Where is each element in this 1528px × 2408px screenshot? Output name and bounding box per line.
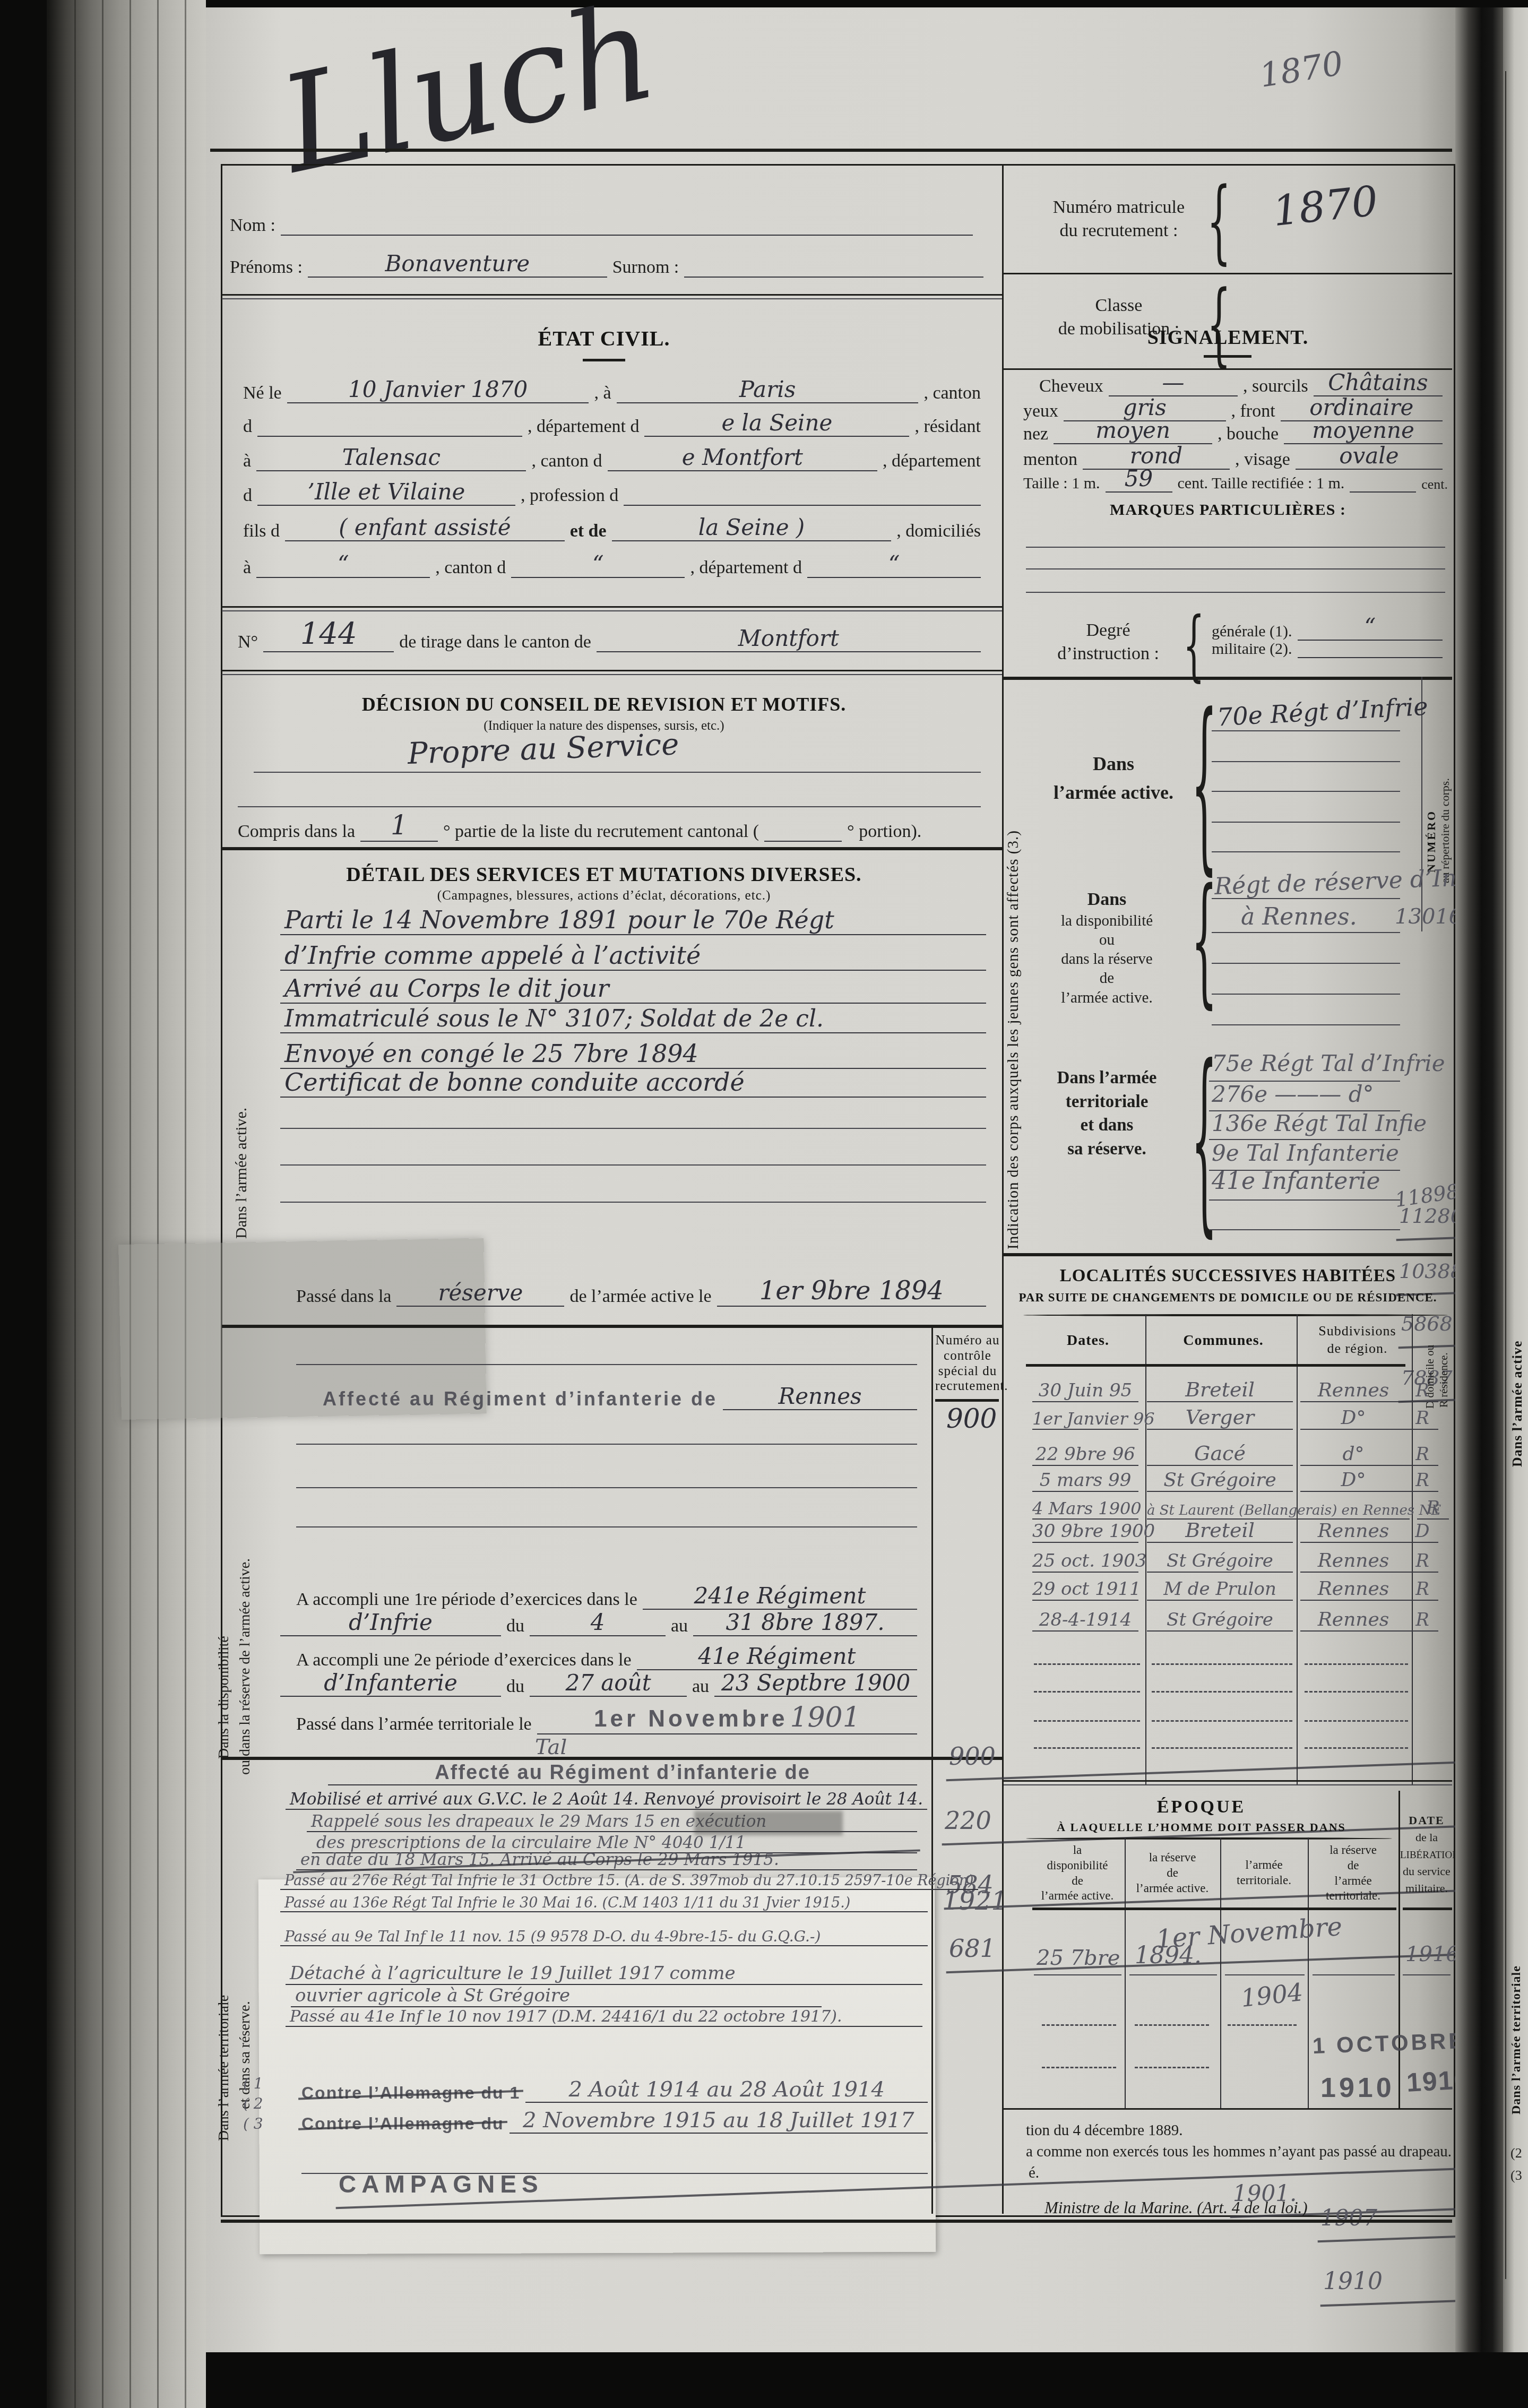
loc-subdiv: Rennes [1300, 1520, 1406, 1543]
terr-text: Détaché à l’agriculture le 19 Juillet 19… [286, 1963, 922, 1985]
lbl: Dans l’armée [1057, 1068, 1157, 1088]
taille-label: Taille : 1 m. [1023, 474, 1100, 493]
p2-value: 41e Régiment [637, 1643, 917, 1670]
campagne2-stamp: Contre l’Allemagne du [301, 2114, 504, 2134]
footnote-4: Ministre de la Marine. (Art. 4 de la loi… [1044, 2198, 1308, 2217]
empty-row-line [1034, 1747, 1140, 1749]
loc-date: 1er Janvier 96 [1032, 1409, 1138, 1430]
loc-commune: Gacé [1147, 1442, 1293, 1466]
militaire-value [1298, 657, 1443, 658]
epoque-col4-header: la réservedel’arméeterritoriale. [1310, 1843, 1396, 1904]
loc-dr: R [1406, 1550, 1438, 1573]
tirage-number: 144 [263, 617, 394, 652]
corps-dispo-num: 13016 [1395, 904, 1462, 929]
corps-dispo-label: Dans la disponibilité ou dans la réserve… [1034, 888, 1180, 1007]
empty-row-line [1034, 1720, 1140, 1722]
localite-row: 28-4-1914 St Grégoire Rennes R [1032, 1609, 1452, 1632]
terr-side-label-1: Dans l’armée territoriale [215, 1791, 232, 2141]
pencil-corner-year: 1870 [1257, 44, 1345, 95]
compris-num: 1 [360, 810, 438, 842]
p1-label: A accompli une 1re période d’exercices d… [296, 1590, 637, 1610]
periode2-row2: d’Infanterie du 27 août au 23 Septbre 19… [280, 1670, 917, 1697]
epoque-col1-header: ladisponibilitédel’armée active. [1032, 1843, 1123, 1904]
epoque-col5-header: DATEde laLIBÉRATIONdu servicemilitaire. [1400, 1812, 1453, 1896]
etat-civil-line1: Né le 10 Janvier 1870 , à Paris , canton [243, 376, 981, 403]
terr-text: Passé au 9e Tal Inf le 11 nov. 15 (9 957… [280, 1928, 928, 1946]
mother-name: la Seine ) [612, 514, 892, 541]
lbl: l’armée active. [1136, 1881, 1209, 1895]
frame-bottom-heavy-rule [221, 2220, 1452, 2223]
taille-rect-line [1350, 491, 1416, 493]
rule [1004, 1780, 1452, 1782]
writing-line [1026, 568, 1445, 569]
writing-line [296, 1526, 917, 1527]
etat-civil-line5: fils d ( enfant assisté et de la Seine )… [243, 514, 981, 541]
terr-text: ouvrier agricole à St Grégoire [291, 1985, 822, 2007]
prenoms-value: Bonaventure [308, 251, 607, 278]
lbl: de région. [1327, 1341, 1388, 1356]
table-line [1125, 1837, 1126, 2108]
loc-commune: St Grégoire [1147, 1550, 1293, 1573]
departement3-label: , département d [690, 558, 802, 578]
lbl: militaire. [1405, 1881, 1448, 1895]
campagnes-marker: ( 1 [243, 2075, 263, 2092]
compris-end: ° portion). [847, 822, 921, 842]
ne-le-label: Né le [243, 383, 282, 403]
nez-value: moyen [1054, 417, 1212, 444]
corps-dispo-value-2: à Rennes. [1241, 903, 1357, 930]
sig-row-3: nez moyen , bouche moyenne [1023, 417, 1443, 444]
p2-to: 23 Septbre 1900 [714, 1670, 917, 1697]
service-line: Immatriculé sous le N° 3107; Soldat de 2… [280, 1005, 986, 1033]
birth-place: Paris [617, 376, 919, 403]
militaire-label: militaire (2). [1212, 640, 1292, 658]
empty-row-line [1152, 1691, 1292, 1693]
epoque-v2: 1894. [1135, 1942, 1202, 1969]
etat-civil-line2: d , département d e la Seine , résidant [243, 410, 981, 437]
terr-text: Passé au 136e Régt Tal Infrie le 30 Mai … [280, 1895, 928, 1912]
rule [1004, 677, 1452, 680]
a3-label: à [243, 558, 251, 578]
etat-civil-line4: d ’Ille et Vilaine , profession d [243, 479, 981, 506]
localite-row: 25 oct. 1903 St Grégoire Rennes R [1032, 1550, 1452, 1573]
service-line: Parti le 14 Novembre 1891 pour le 70e Ré… [280, 905, 986, 935]
reserve-date: 1er 9bre 1894 [717, 1276, 986, 1307]
localite-row: 1er Janvier 96 Verger D° R [1032, 1405, 1452, 1430]
loc-dr: R [1406, 1444, 1438, 1466]
rule [222, 674, 1002, 675]
services-side-label: Dans l’armée active. [232, 1016, 251, 1239]
lbl: territoriale. [1237, 1874, 1291, 1887]
loc-subdiv: Rennes [1300, 1550, 1406, 1573]
loc-dr: R [1406, 1578, 1438, 1601]
writing-line [296, 1487, 917, 1488]
loc-date: 29 oct 1911 [1032, 1578, 1138, 1601]
loc-commune: Verger [1147, 1405, 1293, 1430]
row-line [1034, 1974, 1121, 1975]
tirage-text: de tirage dans le canton de [399, 632, 591, 652]
lbl: de [1100, 970, 1114, 987]
next-page-edge-line [1505, 71, 1506, 2279]
writing-line [1212, 963, 1400, 964]
sig-row-taille: Taille : 1 m. 59 cent. Taille rectifiée … [1023, 465, 1448, 493]
lbl: de la [1415, 1831, 1438, 1844]
domicile-canton: “ [511, 551, 685, 578]
father-name: ( enfant assisté [285, 514, 565, 541]
residant-label: , résidant [914, 417, 981, 437]
domicile-commune: “ [256, 551, 430, 578]
corps-active-label: Dans l’armée active. [1044, 749, 1182, 807]
brace-icon: { [1207, 176, 1231, 267]
controle-header: Numéro au contrôle spécial du recrutemen… [935, 1333, 1000, 1394]
lbl: l’armée [1245, 1858, 1282, 1871]
birth-date: 10 Janvier 1870 [287, 376, 589, 403]
d2-label: d [243, 486, 252, 506]
loc-subdiv: d° [1300, 1443, 1406, 1466]
curly-rule [1023, 1314, 1448, 1316]
terr-line: Passé au 276e Régt Tal Infrie le 31 Octb… [280, 1872, 928, 1890]
lbl: de [1167, 1866, 1178, 1879]
terr-side-label-2: et dans sa réserve. [237, 1823, 254, 2109]
canton2-label: , canton d [531, 451, 602, 471]
localites-col-dates: Dates. [1032, 1332, 1144, 1349]
liberation-stamp-year: 1910 [1320, 2072, 1395, 2104]
next-page-fragment-1: (2 [1510, 2145, 1522, 2161]
row-line [1313, 1974, 1395, 1975]
compris-row: Compris dans la 1 ° partie de la liste d… [238, 810, 981, 842]
localites-title: LOCALITÉS SUCCESSIVES HABITÉES [1004, 1266, 1452, 1286]
loc-dr: R [1406, 1470, 1438, 1492]
affecte-stamp-2: Affecté au Régiment d’infanterie de [328, 1762, 917, 1785]
empty-row-line [1034, 1691, 1140, 1693]
taille-mid-label: cent. Taille rectifiée : 1 m. [1178, 474, 1345, 493]
lbl: de [1348, 1859, 1359, 1872]
signalement-title: SIGNALEMENT. [1004, 326, 1452, 349]
book-page-edges [47, 0, 206, 2408]
loc-commune: St Grégoire [1147, 1469, 1293, 1492]
terr-line: Passé au 41e Inf le 10 nov 1917 (D.M. 24… [286, 2007, 922, 2027]
writing-line [254, 772, 981, 773]
lbl: la réserve [1330, 1843, 1377, 1857]
lbl: l’armée active. [1061, 989, 1152, 1006]
territoriale-passage-row: Passé dans l’armée territoriale le 1er N… [296, 1702, 917, 1734]
terr-passage-stamp: 1er Novembre [594, 1706, 788, 1732]
p1-from: 4 [530, 1609, 666, 1636]
canton-label: , canton [923, 383, 981, 403]
reserve-hand: réserve [396, 1280, 564, 1307]
rule [222, 294, 1002, 296]
tirage-no-label: N° [238, 632, 258, 652]
service-line: Envoyé en congé le 25 7bre 1894 [280, 1039, 986, 1069]
sourcils-label: , sourcils [1243, 376, 1308, 396]
writing-line [1209, 1199, 1400, 1201]
generale-label: générale (1). [1212, 623, 1292, 641]
writing-line [280, 1202, 986, 1203]
service-text: Immatriculé sous le N° 3107; Soldat de 2… [280, 1005, 986, 1033]
affecte-value-1: Rennes [723, 1383, 917, 1410]
p2b-value: d’Infanterie [280, 1670, 501, 1697]
nom-label: Nom : [230, 215, 275, 236]
empty-row-line [1305, 1747, 1408, 1749]
writing-line [280, 1128, 986, 1129]
terr-passage-value: 1er Novembre 1901 [537, 1702, 917, 1734]
rule [222, 1325, 1002, 1328]
next-page-vertical-label-2: Dans l’armée territoriale [1509, 1785, 1524, 2114]
epoque-subtitle: À LAQUELLE L’HOMME DOIT PASSER DANS [1004, 1820, 1399, 1834]
canton3-label: , canton d [435, 558, 506, 578]
au-label: au [671, 1616, 688, 1636]
register-page: 1870 Lluch Nom : Prénoms : Bonaventure S… [206, 7, 1455, 2352]
p2-from: 27 août [530, 1670, 687, 1697]
loc-commune: à St Laurent (Bellangerais) en Rennes NE [1147, 1503, 1410, 1520]
footnote-2: a comme non exercés tous les hommes n’ay… [1026, 2143, 1452, 2161]
classe-label-1: Classe [1095, 296, 1143, 315]
bouche-value: moyenne [1284, 417, 1443, 444]
matricule-label-1: Numéro matricule [1053, 197, 1185, 217]
campagnes-marker: ( 2 [243, 2095, 263, 2112]
instruction-label-1: Degré [1086, 620, 1130, 640]
campagnes-marker: ( 3 [243, 2115, 263, 2133]
controle-column-divider [931, 1325, 933, 2214]
compris-portion-line [764, 841, 842, 842]
header-rule [1403, 1908, 1452, 1910]
lbl: territoriale. [1326, 1889, 1380, 1902]
corps-terr-text: 41e Infanterie [1212, 1168, 1380, 1195]
title-dash [1204, 355, 1251, 358]
writing-line [1209, 1229, 1400, 1230]
reserve-mid: de l’armée active le [569, 1287, 711, 1307]
writing-line [301, 2173, 928, 2174]
repertoire-label-1: NUMÉRO [1425, 697, 1438, 873]
campagne1-dates: 2 Août 1914 au 28 Août 1914 [525, 2077, 928, 2103]
domicilies-label: , domiciliés [896, 521, 981, 541]
row-line [1129, 1974, 1217, 1975]
footnote-3: é. [1029, 2164, 1039, 2182]
liberation-stamp-month: 1 OCTOBRE [1312, 2028, 1466, 2059]
surnom-line [684, 277, 983, 278]
controle-num: 900 [946, 1403, 997, 1434]
epoque-title: ÉPOQUE [1004, 1797, 1399, 1817]
next-page-vertical-label-1: Dans l’armée active [1509, 1095, 1525, 1467]
cheveux-value: — [1109, 369, 1238, 396]
rule [1004, 1253, 1452, 1256]
lbl: l’armée [1334, 1874, 1371, 1887]
profession-label: , profession d [521, 486, 618, 506]
loc-commune: M de Prulon [1147, 1578, 1293, 1601]
ink-smudge [694, 1811, 843, 1835]
row-line [1403, 1974, 1451, 1975]
localite-row: 5 mars 99 St Grégoire D° R [1032, 1469, 1452, 1492]
service-text: d’Infrie comme appelé à l’activité [280, 941, 986, 971]
terr-line: Passé au 9e Tal Inf le 11 nov. 15 (9 957… [280, 1928, 928, 1946]
departement2-label: , département [883, 451, 981, 471]
frame-top-heavy-rule [210, 149, 1452, 152]
loc-date: 22 9bre 96 [1032, 1444, 1138, 1466]
p1-value: 241e Régiment [643, 1583, 917, 1610]
writing-line [1212, 730, 1400, 731]
lbl: ou [1099, 931, 1115, 948]
service-line: Certificat de bonne conduite accordé [280, 1068, 986, 1098]
empty-row-line [1152, 1747, 1292, 1749]
repertoire-label-2: au répertoire du corps. [1438, 687, 1452, 883]
corps-active-label-1: Dans [1093, 753, 1134, 774]
etat-civil-line3: à Talensac , canton d e Montfort , dépar… [243, 444, 981, 471]
affecte-row-2: Affecté au Régiment d’infanterie de [328, 1762, 917, 1785]
rule [222, 847, 1002, 850]
header-rule [1026, 1364, 1405, 1367]
campagne2-dates: 2 Novembre 1915 au 18 Juillet 1917 [510, 2108, 928, 2134]
surnom-label: Surnom : [612, 257, 679, 278]
empty-row-line [1305, 1663, 1408, 1665]
writing-line [296, 1364, 917, 1365]
marques-title: MARQUES PARTICULIÈRES : [1004, 501, 1452, 519]
terr-text: Mobilisé et arrivé aux G.V.C. le 2 Août … [286, 1790, 927, 1810]
terr-line: Détaché à l’agriculture le 19 Juillet 19… [286, 1963, 922, 1985]
periode1-row: A accompli une 1re période d’exercices d… [296, 1583, 917, 1610]
domicile-departement: “ [807, 551, 981, 578]
empty-row-line [1034, 1663, 1140, 1665]
au-label: au [692, 1677, 709, 1697]
lbl: territoriale [1066, 1092, 1149, 1111]
lbl: DATE [1409, 1814, 1445, 1827]
empty-row-line [1042, 2067, 1116, 2068]
campagne1-stamp: Contre l’Allemagne du 1 [301, 2083, 520, 2103]
reserve-pre: Passé dans la [296, 1287, 391, 1307]
epoque-col3-header: l’arméeterritoriale. [1222, 1858, 1306, 1888]
birth-canton [257, 436, 522, 437]
bouche-label: , bouche [1218, 424, 1279, 444]
terr-line: en date du 18 Mars 15. Arrivé au Corps l… [296, 1850, 917, 1870]
localites-subtitle: PAR SUITE DE CHANGEMENTS DE DOMICILE OU … [1004, 1291, 1452, 1305]
a2-label: à [243, 451, 251, 471]
instruction-label: Degré d’instruction : [1039, 619, 1177, 666]
lbl: dans la réserve [1061, 951, 1152, 968]
etat-civil-title: ÉTAT CIVIL. [206, 326, 1002, 351]
terr-text: Passé au 41e Inf le 10 nov 1917 (D.M. 24… [286, 2007, 922, 2027]
writing-line [1026, 547, 1445, 548]
table-line [1220, 1837, 1221, 2108]
decision-title: DÉCISION DU CONSEIL DE REVISION ET MOTIF… [206, 693, 1002, 715]
lbl: LIBÉRATION [1400, 1850, 1460, 1861]
writing-line [1212, 791, 1400, 792]
loc-dr: R [1406, 1609, 1438, 1632]
periode2-row: A accompli une 2e période d’exercices da… [296, 1643, 917, 1670]
rule [222, 298, 1002, 299]
title-dash [583, 359, 625, 361]
epoque-col2-header: la réservedel’armée active. [1127, 1850, 1218, 1896]
tirage-row: N° 144 de tirage dans le canton de Montf… [238, 617, 981, 652]
lbl: l’armée active. [1041, 1889, 1114, 1902]
lbl: du service [1403, 1865, 1451, 1878]
corps-active-label-2: l’armée active. [1054, 782, 1173, 803]
terr-num: 1921 [943, 1886, 1007, 1916]
scanned-register-photo: { "pencil_corner_year": "1870", "identit… [0, 0, 1528, 2408]
empty-row-line [1305, 1691, 1408, 1693]
loc-dr: R [1406, 1408, 1438, 1430]
loc-subdiv: Rennes [1300, 1379, 1406, 1402]
localites-col-subdiv: Subdivisions de région. [1303, 1323, 1412, 1357]
writing-line [1212, 822, 1400, 823]
nez-label: nez [1023, 424, 1048, 444]
instruction-label-2: d’instruction : [1057, 644, 1159, 663]
lbl: Dans [1087, 890, 1127, 909]
terr-line: Passé au 136e Régt Tal Infrie le 30 Mai … [280, 1895, 928, 1912]
affecte-stamp-1: Affecté au Régiment d’infanterie de [323, 1388, 718, 1410]
loc-date: 25 oct. 1903 [1032, 1550, 1138, 1573]
affecte-row-1: Affecté au Régiment d’infanterie de Renn… [323, 1383, 917, 1410]
sourcils-value: Châtains [1314, 369, 1443, 396]
service-text: Envoyé en congé le 25 7bre 1894 [280, 1039, 986, 1069]
matricule-label: Numéro matricule du recrutement : [1039, 196, 1198, 243]
terr-passage-label: Passé dans l’armée territoriale le [296, 1714, 532, 1734]
writing-line [1212, 761, 1400, 762]
loc-commune: Breteil [1147, 1378, 1293, 1402]
rule [1004, 1784, 1452, 1785]
brace-icon: { [1192, 870, 1218, 1010]
compris-mid: ° partie de la liste du recrutement cant… [443, 822, 759, 842]
d-label: d [243, 417, 252, 437]
curly-rule [1026, 1837, 1392, 1840]
lbl: sa réserve. [1067, 1140, 1146, 1159]
service-text: Parti le 14 Novembre 1891 pour le 70e Ré… [280, 905, 986, 935]
empty-row-line [1152, 1720, 1292, 1722]
row-line [1225, 1974, 1305, 1975]
header-rule [1032, 1908, 1396, 1910]
terr-text: en date du 18 Mars 15. Arrivé au Corps l… [296, 1850, 917, 1870]
corps-terr-text: 75e Régt Tal d’Infrie [1212, 1050, 1445, 1076]
terr-line: Mobilisé et arrivé aux G.V.C. le 2 Août … [286, 1790, 917, 1810]
nom-row: Nom : [230, 215, 973, 236]
rule [222, 1757, 1002, 1760]
lbl: et dans [1081, 1116, 1134, 1135]
corps-terr-label: Dans l’armée territoriale et dans sa rés… [1034, 1066, 1180, 1161]
loc-subdiv: Rennes [1300, 1578, 1406, 1601]
localite-row: 30 Juin 95 Breteil Rennes R [1032, 1378, 1452, 1402]
affecte-sup: Tal [535, 1735, 567, 1759]
loc-dr: R [1417, 1497, 1449, 1520]
corps-side-label: Indication des corps auxquels les jeunes… [1005, 697, 1022, 1249]
matricule-label-2: du recrutement : [1060, 221, 1178, 240]
services-title: DÉTAIL DES SERVICES ET MUTATIONS DIVERSE… [206, 863, 1002, 886]
p1-to: 31 8bre 1897. [693, 1609, 917, 1636]
periode1-row2: d’Infrie du 4 au 31 8bre 1897. [280, 1609, 917, 1636]
lbl: la réserve [1149, 1851, 1196, 1864]
loc-dr: R [1406, 1380, 1438, 1402]
prenoms-row: Prénoms : Bonaventure Surnom : [230, 251, 983, 278]
fils-label: fils d [243, 521, 280, 541]
loc-commune: Breteil [1147, 1518, 1293, 1543]
lbl: de [1072, 1874, 1083, 1887]
epoque-v1: 25 7bre [1037, 1946, 1120, 1970]
nom-line [281, 235, 973, 236]
taille-end-label: cent. [1421, 477, 1448, 493]
corps-terr-text: 136e Régt Tal Infie [1212, 1110, 1427, 1136]
empty-row-line [1135, 2024, 1209, 2026]
terr-num: 900 [949, 1742, 1528, 1771]
instruction-generale-row: générale (1). “ [1212, 614, 1443, 641]
table-line [1308, 1837, 1309, 2108]
brace-icon: { [1192, 689, 1218, 876]
next-page-sliver: Dans l’armée active Dans l’armée territo… [1503, 7, 1528, 2352]
writing-line [238, 806, 981, 807]
prenoms-label: Prénoms : [230, 257, 303, 278]
et-label: et de [570, 521, 607, 541]
cheveux-label: Cheveux [1039, 376, 1103, 396]
service-line: d’Infrie comme appelé à l’activité [280, 941, 986, 971]
writing-line [1212, 898, 1400, 899]
lbl: Subdivisions [1318, 1323, 1396, 1339]
localite-row: 4 Mars 1900 à St Laurent (Bellangerais) … [1032, 1497, 1452, 1520]
